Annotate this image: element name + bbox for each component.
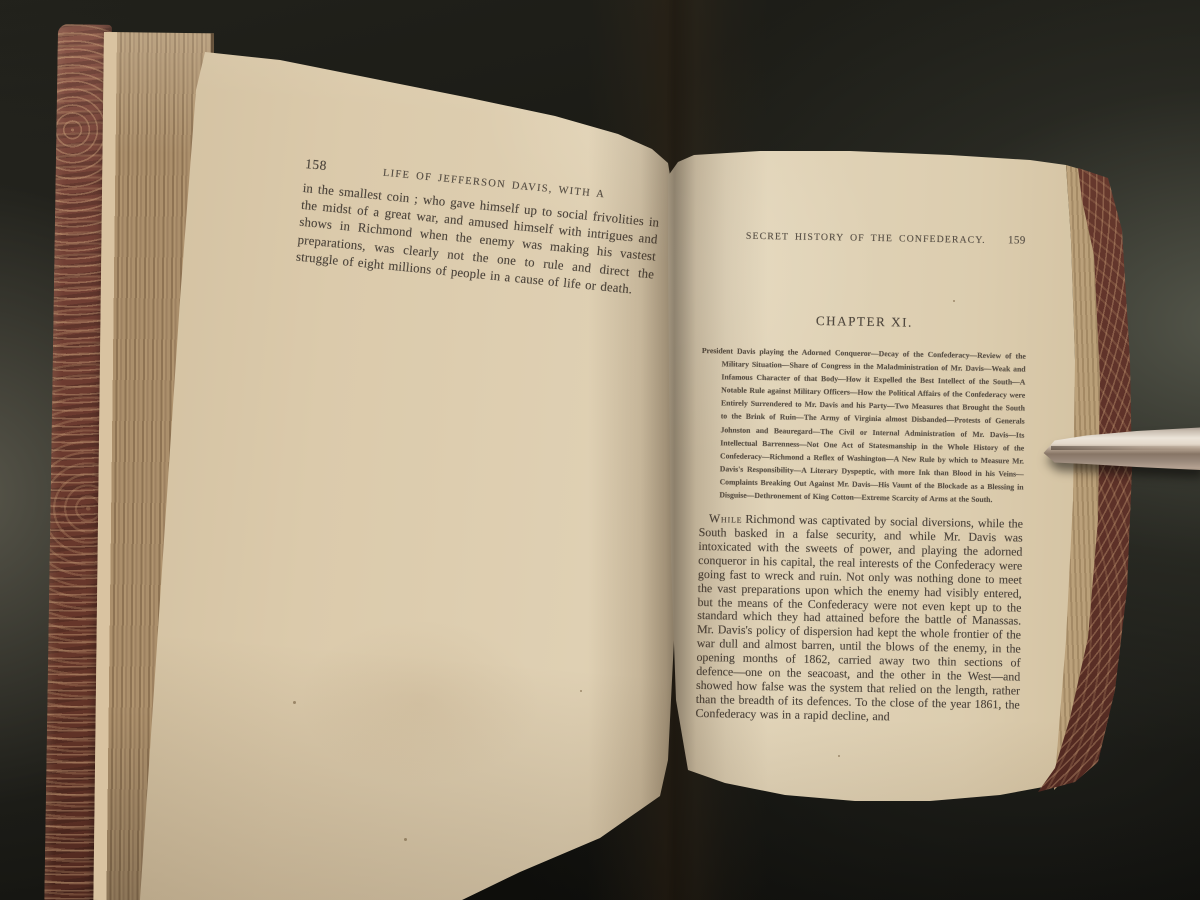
book-photograph: 158 LIFE OF JEFFERSON DAVIS, WITH A in t… xyxy=(0,0,1200,900)
letter-opener-wrapper xyxy=(0,0,1200,900)
letter-opener xyxy=(1042,423,1200,473)
